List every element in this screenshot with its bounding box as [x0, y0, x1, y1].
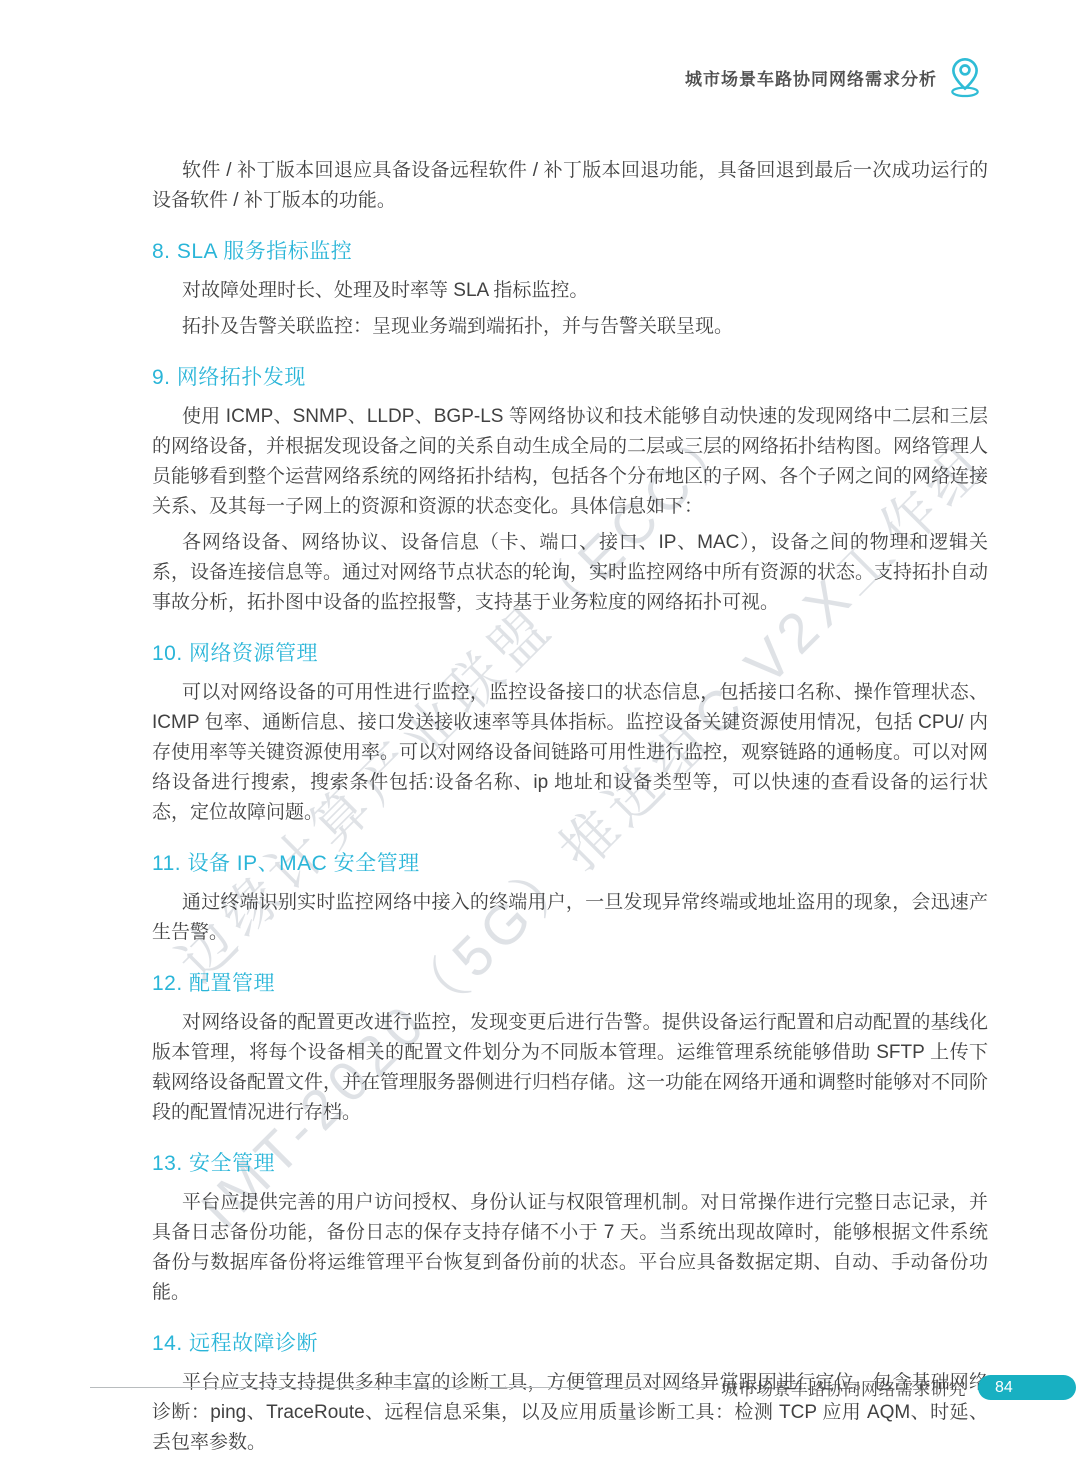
- header-title: 城市场景车路协同网络需求分析: [685, 65, 937, 90]
- paragraph: 各网络设备、网络协议、设备信息（卡、端口、接口、IP、MAC），设备之间的物理和…: [152, 528, 988, 618]
- section-heading-11: 11. 设备 IP、MAC 安全管理: [152, 850, 988, 878]
- paragraph: 使用 ICMP、SNMP、LLDP、BGP-LS 等网络协议和技术能够自动快速的…: [152, 402, 988, 522]
- intro-paragraph: 软件 / 补丁版本回退应具备设备远程软件 / 补丁版本回退功能，具备回退到最后一…: [152, 156, 988, 216]
- paragraph: 对网络设备的配置更改进行监控，发现变更后进行告警。提供设备运行配置和启动配置的基…: [152, 1008, 988, 1128]
- paragraph: 拓扑及告警关联监控：呈现业务端到端拓扑，并与告警关联呈现。: [152, 312, 988, 342]
- section-heading-14: 14. 远程故障诊断: [152, 1330, 988, 1358]
- section-heading-12: 12. 配置管理: [152, 970, 988, 998]
- page-content: 软件 / 补丁版本回退应具备设备远程软件 / 补丁版本回退功能，具备回退到最后一…: [152, 150, 988, 1464]
- document-page: 边缘计算产业联盟（ECC） IMT-2020（5G）推进组C-V2X工作组 城市…: [0, 0, 1080, 1465]
- section-heading-8: 8. SLA 服务指标监控: [152, 238, 988, 266]
- paragraph: 平台应提供完善的用户访问授权、身份认证与权限管理机制。对日常操作进行完整日志记录…: [152, 1188, 988, 1308]
- footer-rule: [90, 1387, 709, 1388]
- paragraph: 通过终端识别实时监控网络中接入的终端用户，一旦发现异常终端或地址盗用的现象，会迅…: [152, 888, 988, 948]
- section-heading-9: 9. 网络拓扑发现: [152, 364, 988, 392]
- page-number-badge: 84: [978, 1375, 1076, 1400]
- paragraph: 可以对网络设备的可用性进行监控，监控设备接口的状态信息，包括接口名称、操作管理状…: [152, 678, 988, 828]
- footer-doc-title: 城市场景车路协同网络需求研究: [721, 1375, 966, 1400]
- paragraph: 对故障处理时长、处理及时率等 SLA 指标监控。: [152, 276, 988, 306]
- page-header: 城市场景车路协同网络需求分析: [685, 56, 984, 98]
- page-footer: 城市场景车路协同网络需求研究 84: [90, 1374, 1076, 1400]
- section-heading-10: 10. 网络资源管理: [152, 640, 988, 668]
- section-heading-13: 13. 安全管理: [152, 1150, 988, 1178]
- location-pin-icon: [946, 56, 984, 98]
